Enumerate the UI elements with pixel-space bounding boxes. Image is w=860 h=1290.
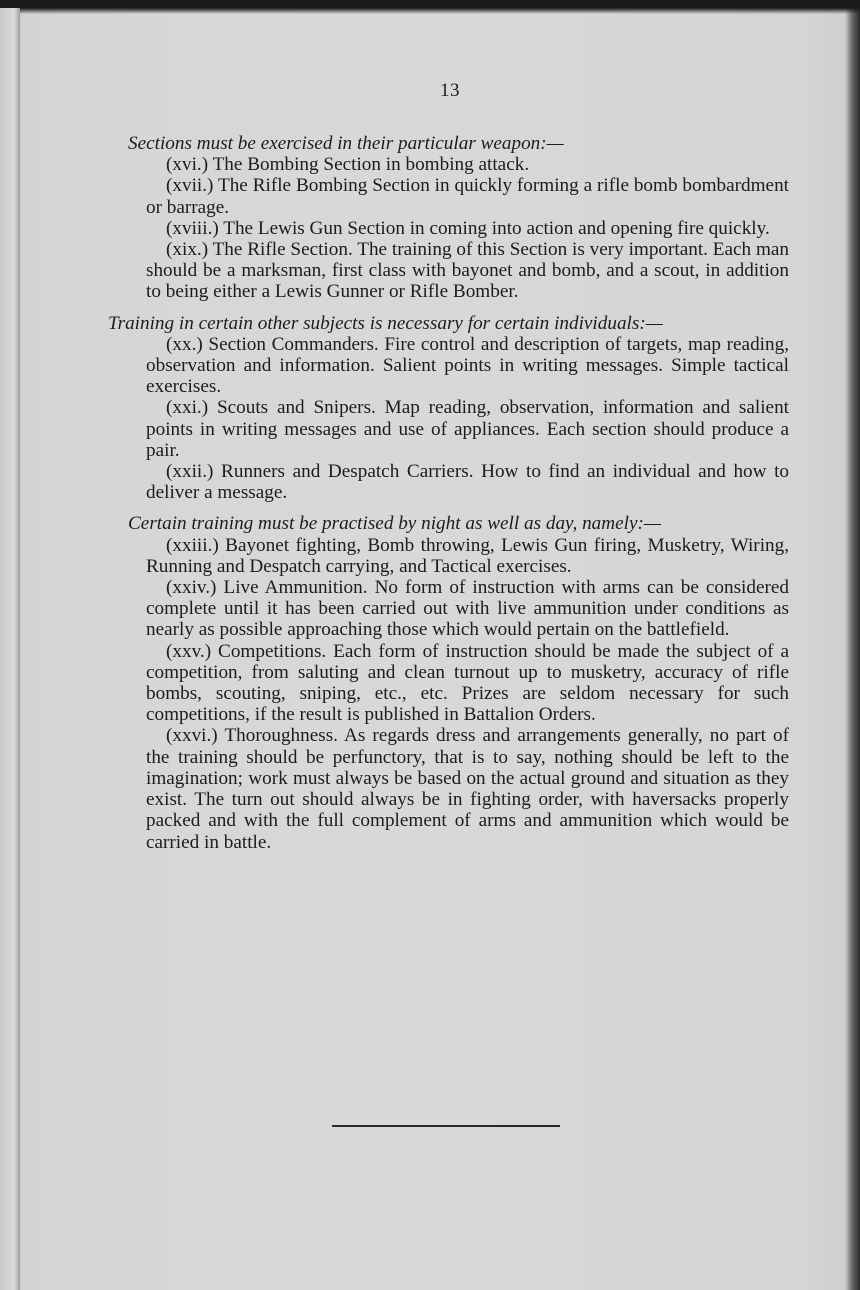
top-edge-gradient — [18, 0, 860, 14]
item-number: (xxiv.) — [166, 577, 216, 598]
item-number: (xvi.) — [166, 154, 208, 175]
item-text: Competitions. Each form of instruction s… — [146, 641, 789, 726]
list-item: (xxii.) Runners and Despatch Carriers. H… — [108, 461, 789, 503]
list-item: (xviii.) The Lewis Gun Section in coming… — [108, 218, 789, 239]
item-number: (xxi.) — [166, 397, 208, 418]
item-text: Bayonet fighting, Bomb throwing, Lewis G… — [146, 535, 789, 577]
item-text: The Rifle Bombing Section in quickly for… — [146, 175, 789, 217]
item-number: (xvii.) — [166, 175, 213, 196]
item-number: (xxiii.) — [166, 535, 219, 556]
list-item: (xxi.) Scouts and Snipers. Map reading, … — [108, 397, 789, 461]
section-lead: Sections must be exercised in their part… — [108, 133, 789, 154]
item-text: Live Ammunition. No form of instruction … — [146, 577, 789, 640]
list-item: (xvi.) The Bombing Section in bombing at… — [108, 154, 789, 175]
item-text: The Bombing Section in bombing attack. — [213, 154, 530, 175]
list-item: (xx.) Section Commanders. Fire control a… — [108, 334, 789, 398]
item-text: The Rifle Section. The training of this … — [146, 239, 789, 302]
body-text: Sections must be exercised in their part… — [108, 133, 789, 853]
list-item: (xix.) The Rifle Section. The training o… — [108, 239, 789, 303]
list-item: (xxv.) Competitions. Each form of instru… — [108, 641, 789, 726]
item-number: (xix.) — [166, 239, 208, 260]
item-text: Scouts and Snipers. Map reading, observa… — [146, 397, 789, 460]
item-text: Thoroughness. As regards dress and arran… — [146, 725, 789, 852]
section-lead: Certain training must be practised by ni… — [108, 513, 789, 534]
list-item: (xxiii.) Bayonet fighting, Bomb throwing… — [108, 535, 789, 577]
page-number: 13 — [0, 80, 860, 102]
binding-gutter — [18, 8, 20, 1290]
item-number: (xx.) — [166, 334, 203, 355]
item-number: (xxii.) — [166, 461, 213, 482]
item-number: (xxv.) — [166, 641, 211, 662]
section-lead: Training in certain other subjects is ne… — [108, 313, 789, 334]
item-text: Section Commanders. Fire control and des… — [146, 334, 789, 397]
item-number: (xxvi.) — [166, 725, 218, 746]
list-item: (xxvi.) Thoroughness. As regards dress a… — [108, 725, 789, 852]
item-text: The Lewis Gun Section in coming into act… — [223, 218, 770, 239]
list-item: (xxiv.) Live Ammunition. No form of inst… — [108, 577, 789, 641]
closing-rule — [332, 1125, 560, 1127]
list-item: (xvii.) The Rifle Bombing Section in qui… — [108, 175, 789, 217]
scanned-page: 13 Sections must be exercised in their p… — [0, 0, 860, 1290]
item-text: Runners and Despatch Carriers. How to fi… — [146, 461, 789, 503]
item-number: (xviii.) — [166, 218, 219, 239]
